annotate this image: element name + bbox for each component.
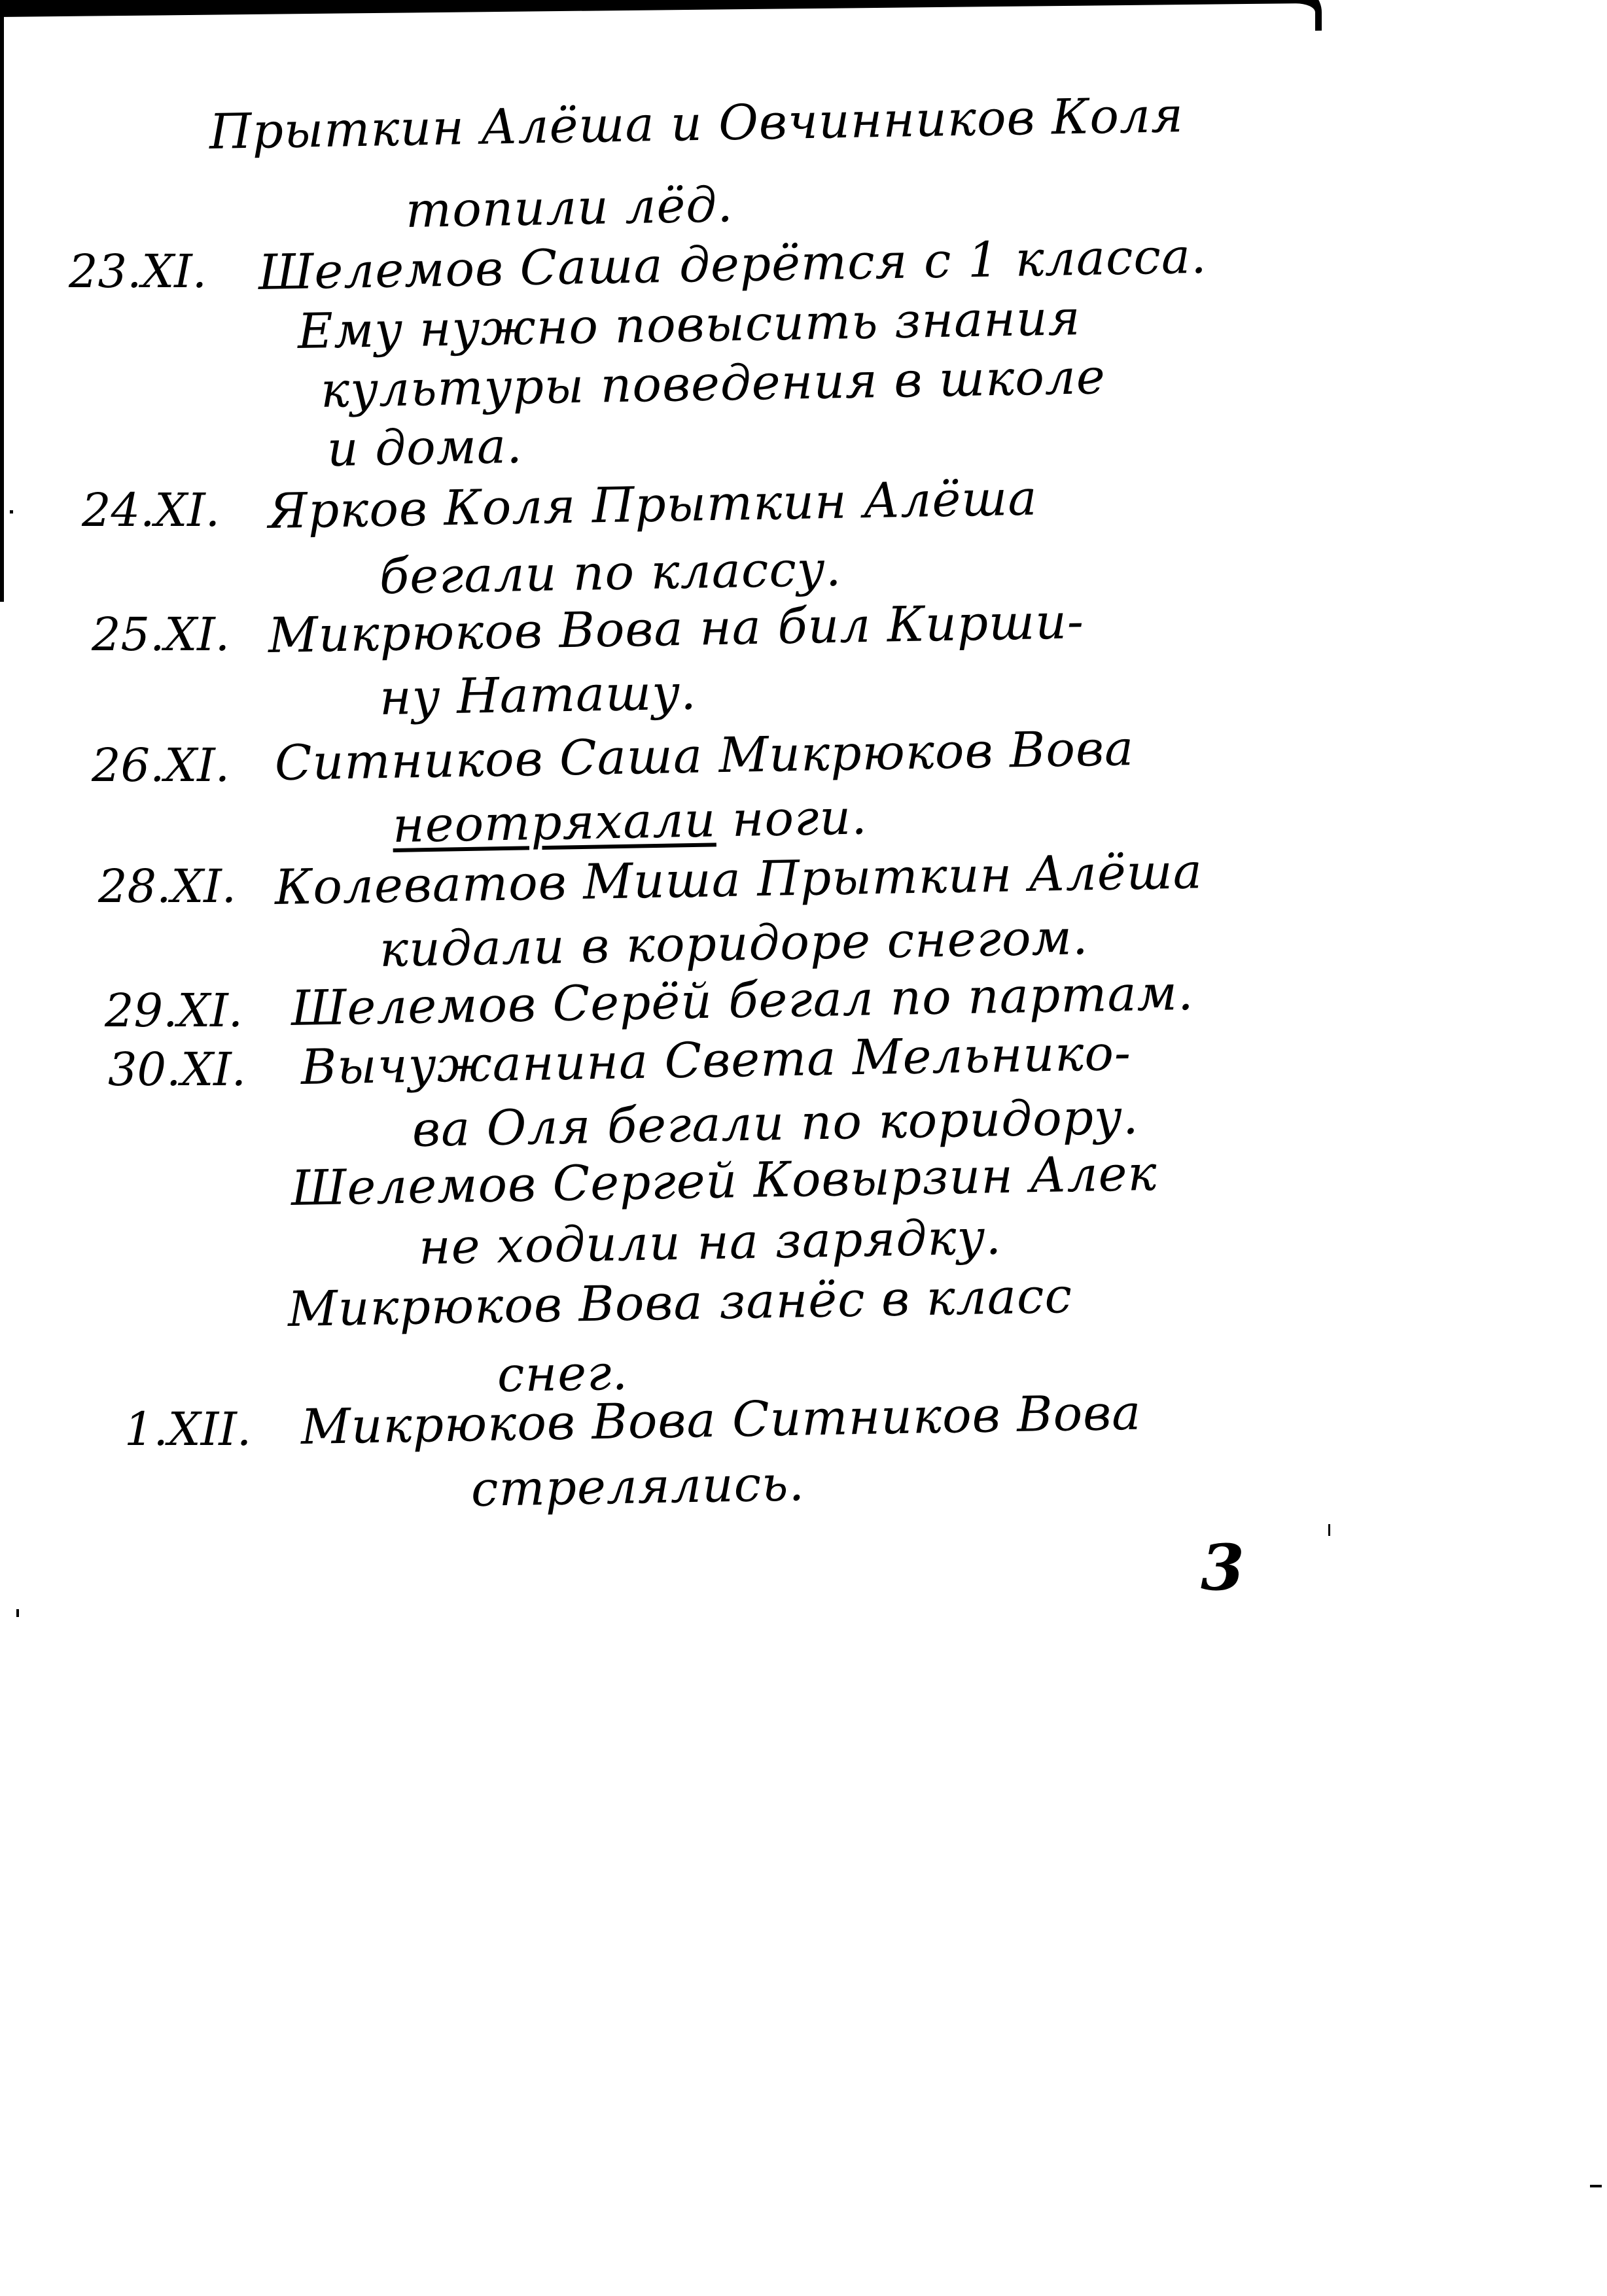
text-line: Прыткин Алёша и Овчинников Коля (209, 91, 1184, 156)
entry-date: 26.XI. (92, 742, 230, 788)
text-line: Шелемов Саша дерётся с 1 класса. (258, 232, 1207, 297)
text-line: кидали в коридоре снегом. (379, 913, 1089, 974)
text-line: Колеватов Миша Прыткин Алёша (274, 847, 1203, 912)
text-line: бегали по классу. (379, 545, 841, 601)
text-line: ну Наташу. (379, 669, 697, 722)
text-fragment: ноги. (715, 789, 868, 848)
entry-date: 1.XII. (124, 1406, 251, 1452)
text-line: культуры поведения в школе (320, 353, 1106, 415)
scan-speck (10, 510, 13, 513)
underlined-word: неотряхали (392, 791, 716, 854)
page-top-edge-shadow (0, 0, 1322, 44)
text-line: неотряхали ноги. (392, 793, 868, 850)
text-line: топили лёд. (405, 181, 733, 235)
entry-date: 29.XI. (105, 988, 243, 1034)
text-line: Шелемов Сергей Ковырзин Алек (291, 1149, 1157, 1213)
notebook-page: Прыткин Алёша и Овчинников Коля топили л… (0, 0, 1607, 2296)
text-line: Микрюков Вова Ситников Вова (300, 1389, 1142, 1452)
text-line: Микрюков Вова на бил Кирши- (268, 597, 1084, 660)
entry-date: 28.XI. (98, 863, 236, 909)
text-line: Микрюков Вова занёс в класс (287, 1272, 1072, 1334)
entry-date: 30.XI. (108, 1047, 246, 1092)
text-line: ва Оля бегали по коридору. (412, 1093, 1139, 1154)
text-line: Ситников Саша Микрюков Вова (274, 724, 1134, 788)
scan-speck (1590, 2185, 1602, 2187)
page-left-edge-shadow (0, 13, 4, 602)
text-line: стрелялись. (470, 1459, 805, 1514)
text-line: Ему нужно повысить знания (297, 294, 1081, 356)
entry-date: 24.XI. (82, 487, 220, 533)
text-line: Вычужанина Света Мельнико- (300, 1029, 1131, 1092)
entry-date: 23.XI. (69, 249, 207, 294)
entry-date: 25.XI. (92, 612, 230, 657)
scan-speck (16, 1609, 19, 1617)
text-line: Ярков Коля Прыткин Алёша (268, 474, 1038, 536)
scan-speck (1328, 1524, 1330, 1536)
text-line: не ходили на зарядку. (418, 1213, 1002, 1272)
text-line: снег. (497, 1349, 628, 1399)
page-number: 3 (1201, 1531, 1245, 1605)
text-line: и дома. (327, 422, 523, 474)
text-line: Шелемов Серёй бегал по партам. (291, 969, 1194, 1033)
